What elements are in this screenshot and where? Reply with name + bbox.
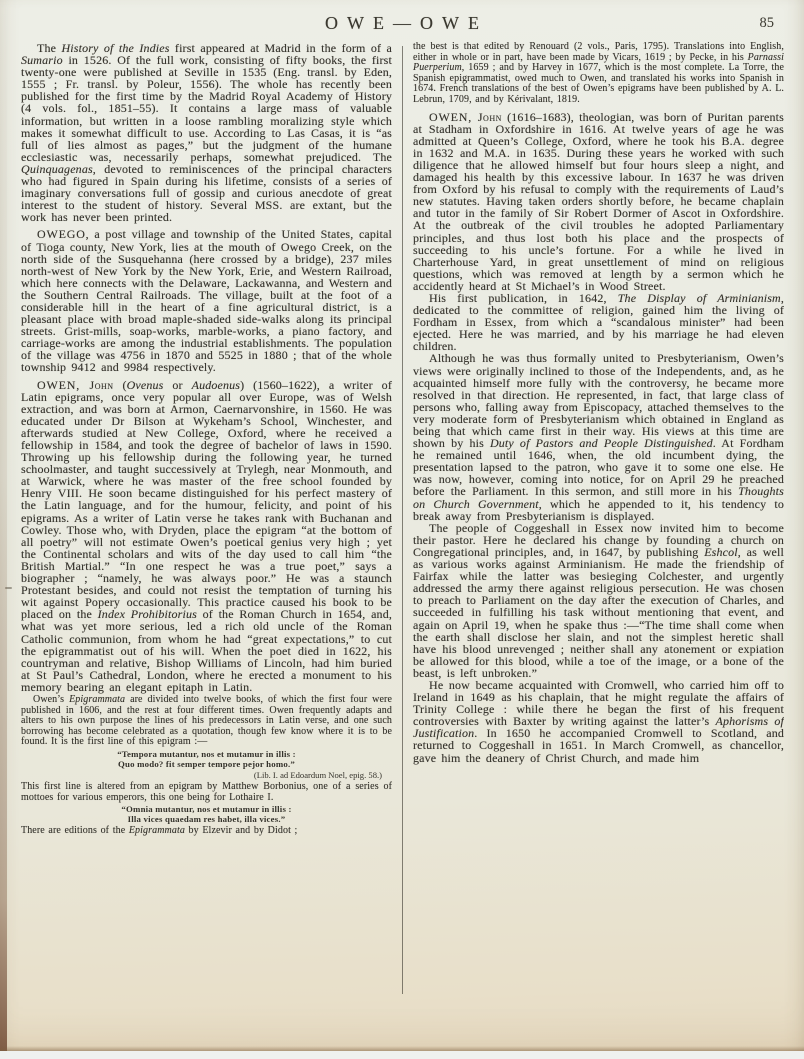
entry-headword: OWEGO bbox=[37, 227, 86, 241]
scan-artifact-mark bbox=[5, 587, 12, 589]
first-publication-paragraph: His first publication, in 1642, The Disp… bbox=[413, 292, 784, 352]
tempora-mutantur-verse: “Tempora mutantur, nos et mutamur in ill… bbox=[21, 750, 392, 770]
owen-theologian-entry: OWEN, John (1616–1683), theologian, was … bbox=[413, 111, 784, 292]
italic-title: Sumario bbox=[21, 53, 63, 67]
owego-entry: OWEGO, a post village and township of th… bbox=[21, 228, 392, 373]
scan-left-edge bbox=[0, 0, 7, 1059]
running-head: OWE—OWE bbox=[0, 13, 804, 34]
borbonius-note: This first line is altered from an epigr… bbox=[21, 782, 392, 803]
page-number: 85 bbox=[760, 15, 775, 32]
tempora-mutantur-verse-line: Quo modo? fit semper tempore pejor homo.… bbox=[21, 760, 392, 770]
book-page: OWE—OWE 85 The History of the Indies fir… bbox=[0, 0, 804, 1059]
italic-title: Thoughts on Church Government bbox=[413, 484, 784, 510]
italic-title: Epigrammata bbox=[69, 694, 125, 705]
editions-note: There are editions of the Epigrammata by… bbox=[21, 826, 392, 837]
left-column: The History of the Indies first appeared… bbox=[21, 42, 392, 1044]
italic-title: Index Prohibitorius bbox=[98, 607, 197, 621]
italic-title: Aphorisms of Justification bbox=[413, 714, 784, 740]
italic-title: Parnassi Puerperium bbox=[413, 52, 784, 74]
presbyterianism-paragraph: Although he was thus formally united to … bbox=[413, 352, 784, 521]
small-caps-name: John bbox=[90, 378, 114, 392]
italic-title: Eshcol bbox=[704, 545, 738, 559]
cromwell-paragraph: He now became acquainted with Cromwell, … bbox=[413, 679, 784, 764]
verse-attribution: (Lib. I. ad Edoardum Noel, epig. 58.) bbox=[21, 771, 382, 781]
entry-headword: OWEN, bbox=[37, 378, 90, 392]
italic-title: The Display of Arminianism bbox=[618, 291, 781, 305]
text-columns: The History of the Indies first appeared… bbox=[21, 42, 784, 1044]
italic-title: Epigrammata bbox=[129, 825, 185, 836]
oviedo-history-paragraph: The History of the Indies first appeared… bbox=[21, 42, 392, 223]
scan-bottom-shadow bbox=[0, 1046, 804, 1051]
right-column: the best is that edited by Renouard (2 v… bbox=[413, 42, 784, 1044]
coggeshall-paragraph: The people of Coggeshall in Essex now in… bbox=[413, 522, 784, 679]
omnia-mutantur-verse-line: Illa vices quaedam res habet, illa vices… bbox=[21, 815, 392, 825]
owen-epigrammatist-entry: OWEN, John (Ovenus or Audoenus) (1560–16… bbox=[21, 379, 392, 693]
italic-title: Ovenus bbox=[127, 378, 164, 392]
epigrammata-note: Owen’s Epigrammata are divided into twel… bbox=[21, 695, 392, 748]
page-header: OWE—OWE 85 bbox=[0, 13, 804, 39]
italic-title: Duty of Pastors and People Distinguished bbox=[490, 436, 713, 450]
omnia-mutantur-verse: “Omnia mutantur, nos et mutamur in illis… bbox=[21, 805, 392, 825]
italic-title: Quinquagenas bbox=[21, 162, 93, 176]
italic-title: History of the Indies bbox=[61, 42, 169, 55]
small-caps-name: John bbox=[478, 110, 502, 124]
italic-title: Audoenus bbox=[192, 378, 241, 392]
scan-bottom-edge bbox=[0, 1051, 804, 1059]
entry-headword: OWEN, bbox=[429, 110, 478, 124]
editions-note-continued: the best is that edited by Renouard (2 v… bbox=[413, 42, 784, 106]
